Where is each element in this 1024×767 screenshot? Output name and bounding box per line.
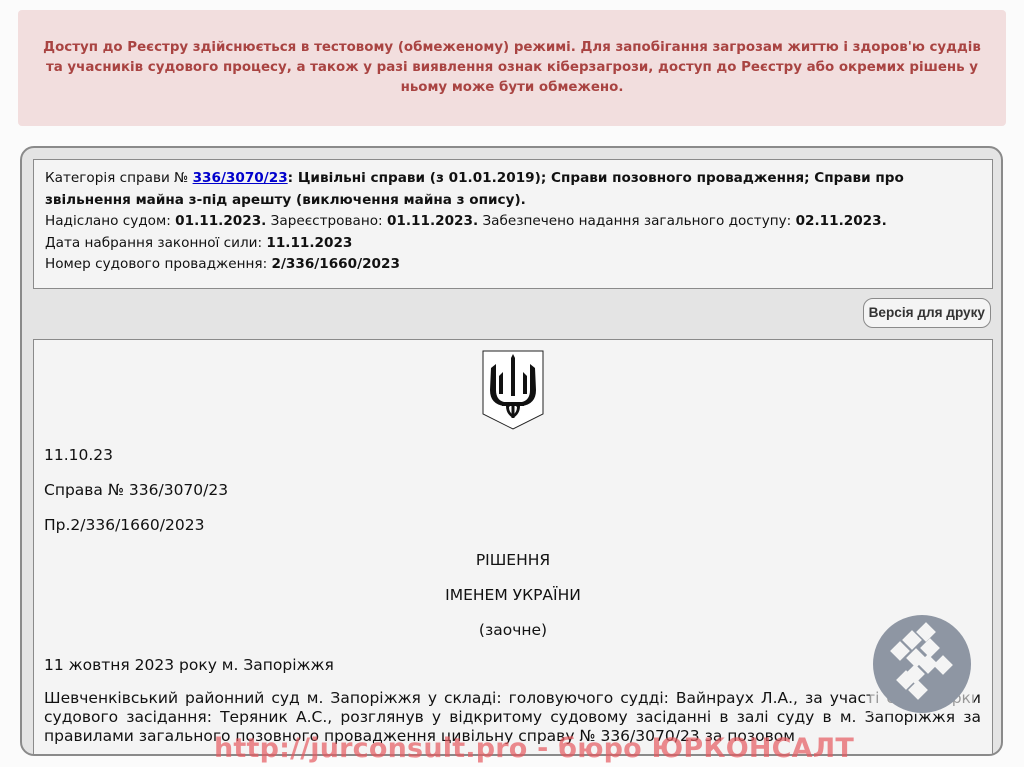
decision-container: Категорія справи № 336/3070/23: Цивільні… (20, 146, 1003, 756)
decision-title: РІШЕННЯ (34, 551, 992, 569)
registered-date: 01.11.2023. (387, 213, 478, 229)
decision-date: 11.10.23 (44, 446, 113, 464)
alert-text: Доступ до Реєстру здійснюється в тестово… (34, 38, 990, 98)
case-info-panel: Категорія справи № 336/3070/23: Цивільні… (33, 159, 993, 289)
proceeding-line: Пр.2/336/1660/2023 (44, 516, 204, 534)
place-date-line: 11 жовтня 2023 року м. Запоріжжя (44, 656, 334, 674)
decision-document: 11.10.23 Справа № 336/3070/23 Пр.2/336/1… (33, 339, 993, 756)
ukraine-trident-icon (482, 350, 544, 430)
effective-date-row: Дата набрання законної сили: 11.11.2023 (45, 233, 981, 255)
print-version-button[interactable]: Версія для друку (863, 298, 991, 328)
proceeding-number: 2/336/1660/2023 (272, 256, 400, 272)
decision-subtitle: ІМЕНЕМ УКРАЇНИ (34, 586, 992, 604)
puzzle-logo-icon (870, 614, 974, 714)
case-number-link[interactable]: 336/3070/23 (193, 170, 288, 186)
access-warning-alert: Доступ до Реєстру здійснюється в тестово… (18, 10, 1006, 126)
decision-note: (заочне) (34, 621, 992, 639)
effective-date: 11.11.2023 (266, 235, 352, 251)
case-number-line: Справа № 336/3070/23 (44, 481, 228, 499)
sent-date: 01.11.2023. (175, 213, 266, 229)
case-category: Категорія справи № 336/3070/23: Цивільні… (45, 168, 981, 211)
public-access-date: 02.11.2023. (796, 213, 887, 229)
proceeding-number-row: Номер судового провадження: 2/336/1660/2… (45, 254, 981, 276)
case-dates: Надіслано судом: 01.11.2023. Зареєстрова… (45, 211, 981, 233)
watermark-text: http://jurconsult.pro - бюро ЮРКОНСАЛТ (214, 733, 854, 764)
